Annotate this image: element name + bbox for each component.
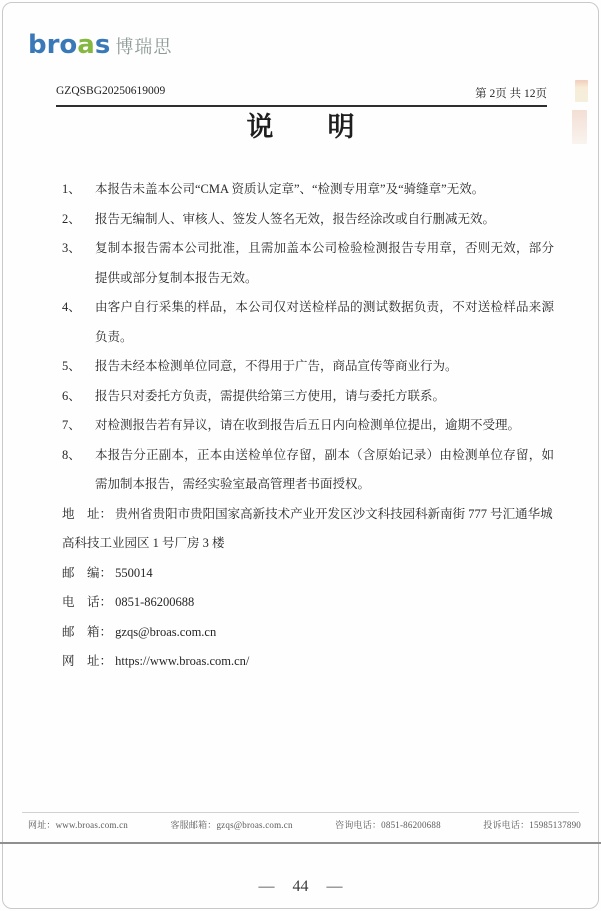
footer-contact-bar: 网址：www.broas.com.cn 客服邮箱：gzqs@broas.com.…: [28, 818, 581, 831]
footer-complaint-phone-value: 15985137890: [529, 820, 581, 830]
footer-bottom-rule: [0, 842, 601, 844]
footer-service-email-label: 客服邮箱：: [170, 820, 216, 830]
footer-inquiry-phone-label: 咨询电话：: [335, 820, 381, 830]
note-number: 6、: [62, 382, 81, 412]
footer-service-email-value: gzqs@broas.com.cn: [216, 820, 292, 830]
note-text: 报告未经本检测单位同意，不得用于广告，商品宣传等商业行为。: [95, 359, 458, 373]
footer-website: 网址：www.broas.com.cn: [28, 818, 128, 831]
note-item-3: 3、 复制本报告需本公司批准，且需加盖本公司检验检测报告专用章，否则无效，部分提…: [62, 234, 554, 293]
email-label: 邮 箱：: [62, 625, 112, 639]
seal-fragment-icon: [572, 110, 587, 144]
website-value: https://www.broas.com.cn/: [115, 654, 249, 668]
postcode-label: 邮 编：: [62, 566, 112, 580]
phone-label: 电 话：: [62, 595, 112, 609]
logo-wordmark: broas: [28, 32, 110, 58]
note-text: 由客户自行采集的样品，本公司仅对送检样品的测试数据负责，不对送检样品来源负责。: [95, 300, 554, 344]
postcode-value: 550014: [115, 566, 153, 580]
contact-row-email: 邮 箱： gzqs@broas.com.cn: [62, 618, 554, 648]
note-item-4: 4、 由客户自行采集的样品，本公司仅对送检样品的测试数据负责，不对送检样品来源负…: [62, 293, 554, 352]
phone-value: 0851-86200688: [115, 595, 194, 609]
footer-website-value: www.broas.com.cn: [56, 820, 128, 830]
contact-row-postcode: 邮 编： 550014: [62, 559, 554, 589]
email-value: gzqs@broas.com.cn: [115, 625, 216, 639]
note-text: 本报告分正副本，正本由送检单位存留，副本（含原始记录）由检测单位存留，如需加制本…: [95, 448, 554, 492]
note-item-2: 2、 报告无编制人、审核人、签发人签名无效，报告经涂改或自行删减无效。: [62, 205, 554, 235]
address-label: 地 址：: [62, 507, 112, 521]
footer-top-rule: [22, 812, 579, 813]
note-text: 报告只对委托方负责，需提供给第三方使用，请与委托方联系。: [95, 389, 445, 403]
note-number: 5、: [62, 352, 81, 382]
footer-service-email: 客服邮箱：gzqs@broas.com.cn: [170, 818, 292, 831]
note-text: 报告无编制人、审核人、签发人签名无效，报告经涂改或自行删减无效。: [95, 212, 495, 226]
page-indicator: 第 2页 共 12页: [475, 85, 547, 101]
logo-wordmark-part-green: a: [77, 30, 95, 60]
note-number: 1、: [62, 175, 81, 205]
note-item-6: 6、 报告只对委托方负责，需提供给第三方使用，请与委托方联系。: [62, 382, 554, 412]
contact-row-website: 网 址： https://www.broas.com.cn/: [62, 647, 554, 677]
note-text: 复制本报告需本公司批准，且需加盖本公司检验检测报告专用章，否则无效，部分提供或部…: [95, 241, 554, 285]
page-title: 说 明: [0, 105, 601, 144]
note-item-7: 7、 对检测报告若有异议，请在收到报告后五日内向检测单位提出，逾期不受理。: [62, 411, 554, 441]
footer-complaint-phone-label: 投诉电话：: [483, 820, 529, 830]
address-value: 贵州省贵阳市贵阳国家高新技术产业开发区沙文科技园科新南街 777 号汇通华城高科…: [62, 507, 553, 551]
logo-wordmark-part-blue: bro: [28, 30, 77, 60]
website-label: 网 址：: [62, 654, 112, 668]
notes-and-contact-block: 1、 本报告未盖本公司“CMA 资质认定章”、“检测专用章”及“骑缝章”无效。 …: [62, 175, 554, 677]
note-item-8: 8、 本报告分正副本，正本由送检单位存留，副本（含原始记录）由检测单位存留，如需…: [62, 441, 554, 500]
contact-row-phone: 电 话： 0851-86200688: [62, 588, 554, 618]
contact-row-address: 地 址： 贵州省贵阳市贵阳国家高新技术产业开发区沙文科技园科新南街 777 号汇…: [62, 500, 554, 559]
document-page: broas 博瑞思 GZQSBG20250619009 第 2页 共 12页 说…: [0, 0, 601, 911]
page-number: — 44 —: [0, 878, 601, 896]
footer-website-label: 网址：: [28, 820, 56, 830]
company-logo: broas 博瑞思: [28, 32, 172, 58]
note-number: 4、: [62, 293, 81, 323]
logo-wordmark-part-blue2: s: [95, 30, 110, 60]
note-item-5: 5、 报告未经本检测单位同意，不得用于广告，商品宣传等商业行为。: [62, 352, 554, 382]
report-number: GZQSBG20250619009: [56, 85, 165, 101]
footer-complaint-phone: 投诉电话：15985137890: [483, 818, 581, 831]
note-number: 8、: [62, 441, 81, 471]
page-header: GZQSBG20250619009 第 2页 共 12页: [56, 85, 547, 107]
footer-inquiry-phone: 咨询电话：0851-86200688: [335, 818, 441, 831]
footer-inquiry-phone-value: 0851-86200688: [381, 820, 441, 830]
logo-chinese-name: 博瑞思: [115, 39, 172, 58]
seal-fragment-icon: [575, 80, 588, 102]
note-text: 对检测报告若有异议，请在收到报告后五日内向检测单位提出，逾期不受理。: [95, 418, 520, 432]
note-number: 3、: [62, 234, 81, 264]
note-number: 2、: [62, 205, 81, 235]
note-text: 本报告未盖本公司“CMA 资质认定章”、“检测专用章”及“骑缝章”无效。: [95, 182, 484, 196]
note-number: 7、: [62, 411, 81, 441]
note-item-1: 1、 本报告未盖本公司“CMA 资质认定章”、“检测专用章”及“骑缝章”无效。: [62, 175, 554, 205]
